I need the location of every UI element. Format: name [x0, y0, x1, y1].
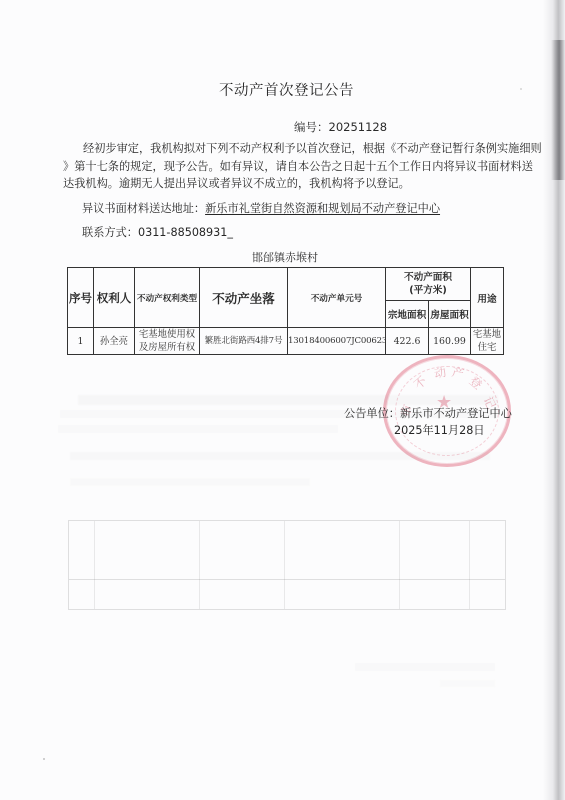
cell-right-type: 宅基地使用权 及房屋所有权 — [135, 328, 200, 355]
contact-value: 0311-88508931_ — [138, 226, 233, 239]
header-land-area: 宗地面积 — [386, 301, 429, 328]
scan-edge-shadow-dark — [551, 40, 565, 180]
header-unit-no: 不动产单元号 — [288, 268, 386, 328]
body-line: 达我机构。逾期无人提出异议或者异议不成立的，我机构将予以登记。 — [63, 175, 507, 193]
body-line: 经初步审定，我机构拟对下列不动产权利予以首次登记，根据《不动产登记暂行条例实施细… — [67, 140, 507, 158]
header-house-area: 房屋面积 — [429, 301, 471, 328]
contact-label: 联系方式： — [82, 226, 138, 239]
cell-usage-line1: 宅基地 — [471, 328, 503, 341]
cell-holder: 孙全亮 — [94, 328, 135, 355]
body-line: 》第十七条的规定，现予公告。如有异议，请自本公告之日起十五个工作日内将异议书面材… — [63, 158, 507, 176]
scan-speck — [43, 758, 45, 760]
table-row: 1 孙全亮 宅基地使用权 及房屋所有权 繁胜北街路西4排7号 130184006… — [68, 328, 504, 355]
village-name: 邯邰镇赤堠村 — [252, 249, 318, 265]
header-location: 不动产坐落 — [200, 268, 288, 328]
header-usage: 用途 — [471, 268, 504, 328]
cell-right-type-line2: 及房屋所有权 — [135, 341, 199, 354]
objection-address-label: 异议书面材料送达地址： — [82, 202, 205, 215]
bleed-through-line — [70, 478, 310, 486]
cell-usage: 宅基地 住宅 — [471, 328, 504, 355]
bleed-through-line — [58, 425, 338, 433]
cell-location: 繁胜北街路西4排7号 — [200, 328, 288, 355]
header-right-type: 不动产权利类型 — [135, 268, 200, 328]
cell-house-area: 160.99 — [429, 328, 471, 355]
bleed-through-line — [60, 410, 500, 418]
bleed-through-line — [355, 663, 495, 671]
registration-table: 序号 权利人 不动产权利类型 不动产坐落 不动产单元号 不动产面积 (平方米) … — [67, 267, 504, 355]
header-holder: 权利人 — [94, 268, 135, 328]
bleed-through-line — [440, 680, 495, 687]
cell-unit-no: 130184006007JC00623 — [288, 328, 386, 355]
cell-usage-line2: 住宅 — [471, 341, 503, 354]
document-page: 不动产首次登记公告 编号：20251128 经初步审定，我机构拟对下列不动产权利… — [0, 0, 565, 800]
contact-info: 联系方式：0311-88508931_ — [82, 224, 233, 240]
scan-speck — [520, 88, 522, 90]
header-area-unit: (平方米) — [386, 284, 470, 297]
issue-date: 2025年11月28日 — [394, 422, 485, 438]
table-header-row: 序号 权利人 不动产权利类型 不动产坐落 不动产单元号 不动产面积 (平方米) … — [68, 268, 504, 301]
header-area-title: 不动产面积 — [386, 271, 470, 284]
cell-seq: 1 — [68, 328, 94, 355]
page-title: 不动产首次登记公告 — [219, 79, 354, 100]
objection-address-value: 新乐市礼堂街自然资源和规划局不动产登记中心 — [205, 202, 440, 215]
document-number-label: 编号： — [294, 120, 329, 134]
bleed-through-line — [78, 395, 498, 405]
document-number-value: 20251128 — [329, 120, 388, 134]
announcement-body: 经初步审定，我机构拟对下列不动产权利予以首次登记，根据《不动产登记暂行条例实施细… — [67, 140, 507, 193]
cell-right-type-line1: 宅基地使用权 — [135, 328, 199, 341]
header-area-group: 不动产面积 (平方米) — [386, 268, 471, 301]
objection-address: 异议书面材料送达地址：新乐市礼堂街自然资源和规划局不动产登记中心 — [82, 200, 440, 216]
bleed-through-table — [68, 520, 506, 610]
bleed-through-line — [70, 452, 490, 460]
cell-land-area: 422.6 — [386, 328, 429, 355]
header-seq: 序号 — [68, 268, 94, 328]
document-number: 编号：20251128 — [294, 119, 387, 135]
